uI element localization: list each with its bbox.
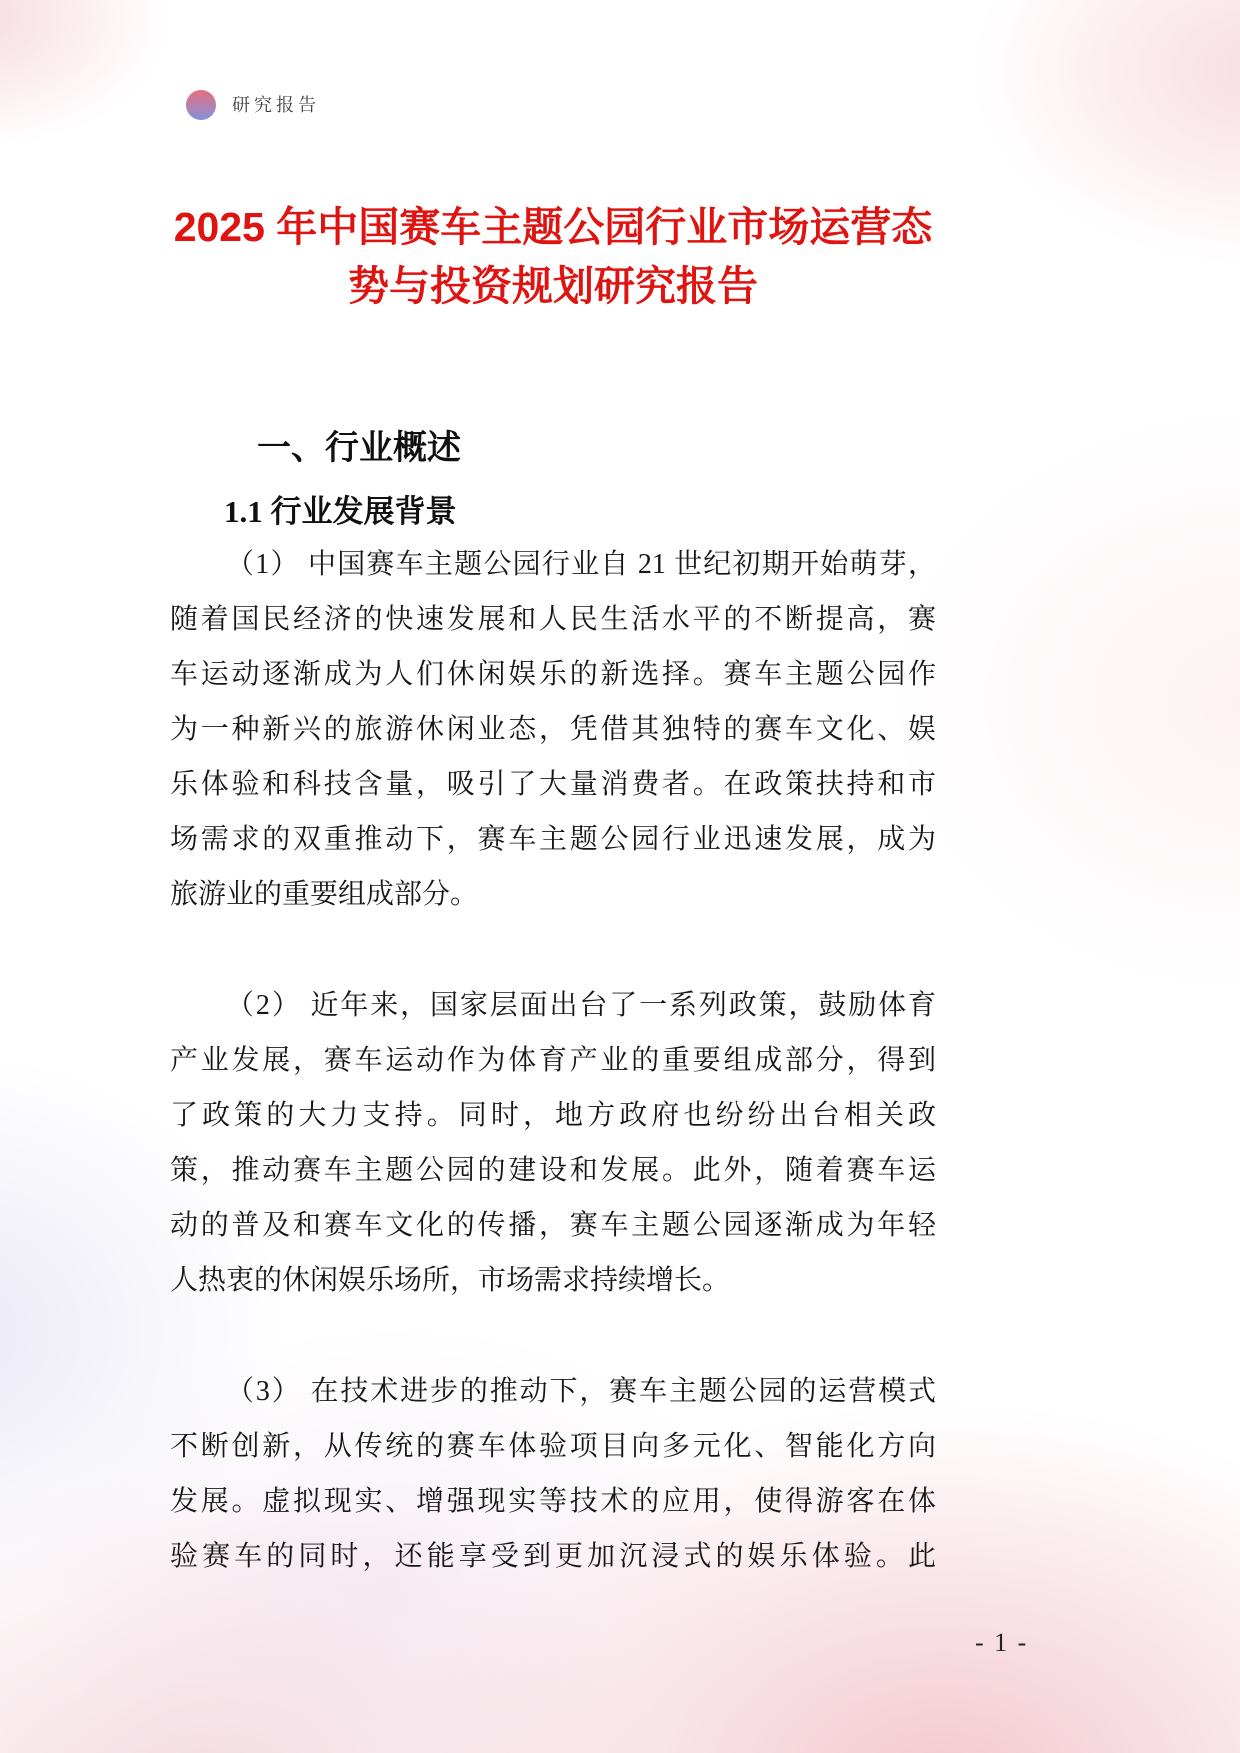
paragraph-1-line-7: 旅游业的重要组成部分。 xyxy=(170,867,936,922)
paragraph-1-line-2: 随着国民经济的快速发展和人民生活水平的不断提高，赛 xyxy=(170,592,936,647)
paragraph-1-line-5: 乐体验和科技含量，吸引了大量消费者。在政策扶持和市 xyxy=(170,757,936,812)
section-heading: 一、行业概述 xyxy=(257,420,461,469)
paragraph-2-line-2: 产业发展，赛车运动作为体育产业的重要组成部分，得到 xyxy=(170,1033,936,1088)
paragraph-3-line-3: 发展。虚拟现实、增强现实等技术的应用，使得游客在体 xyxy=(170,1474,936,1529)
paragraph-1-line-3: 车运动逐渐成为人们休闲娱乐的新选择。赛车主题公园作 xyxy=(170,647,936,702)
report-title: 2025 年中国赛车主题公园行业市场运营态 势与投资规划研究报告 xyxy=(170,198,936,316)
paragraph-3: （3） 在技术进步的推动下，赛车主题公园的运营模式不断创新，从传统的赛车体验项目… xyxy=(170,1364,936,1584)
body-paragraphs: （1） 中国赛车主题公园行业自 21 世纪初期开始萌芽，随着国民经济的快速发展和… xyxy=(170,537,936,1584)
paragraph-1-line-4: 为一种新兴的旅游休闲业态，凭借其独特的赛车文化、娱 xyxy=(170,702,936,757)
page-number: - 1 - xyxy=(975,1628,1028,1658)
paragraph-3-line-4: 验赛车的同时，还能享受到更加沉浸式的娱乐体验。此 xyxy=(170,1529,936,1584)
paragraph-2-line-3: 了政策的大力支持。同时，地方政府也纷纷出台相关政 xyxy=(170,1088,936,1143)
paragraph-3-line-1: （3） 在技术进步的推动下，赛车主题公园的运营模式 xyxy=(170,1364,936,1419)
subsection-heading: 1.1 行业发展背景 xyxy=(224,486,457,531)
brand-logo-icon xyxy=(186,90,216,120)
paragraph-3-line-2: 不断创新，从传统的赛车体验项目向多元化、智能化方向 xyxy=(170,1419,936,1474)
paragraph-2-line-1: （2） 近年来，国家层面出台了一系列政策，鼓励体育 xyxy=(170,978,936,1033)
paragraph-2-line-4: 策，推动赛车主题公园的建设和发展。此外，随着赛车运 xyxy=(170,1143,936,1198)
brand-label: 研究报告 xyxy=(232,90,320,120)
paragraph-2: （2） 近年来，国家层面出台了一系列政策，鼓励体育产业发展，赛车运动作为体育产业… xyxy=(170,978,936,1308)
paragraph-2-line-6: 人热衷的休闲娱乐场所，市场需求持续增长。 xyxy=(170,1253,936,1308)
report-title-line1: 2025 年中国赛车主题公园行业市场运营态 xyxy=(170,198,936,257)
paragraph-1-line-6: 场需求的双重推动下，赛车主题公园行业迅速发展，成为 xyxy=(170,812,936,867)
paragraph-1: （1） 中国赛车主题公园行业自 21 世纪初期开始萌芽，随着国民经济的快速发展和… xyxy=(170,537,936,922)
paragraph-2-line-5: 动的普及和赛车文化的传播，赛车主题公园逐渐成为年轻 xyxy=(170,1198,936,1253)
report-title-line2: 势与投资规划研究报告 xyxy=(170,257,936,316)
document-page: 研究报告 2025 年中国赛车主题公园行业市场运营态 势与投资规划研究报告 一、… xyxy=(0,0,1240,1753)
paragraph-1-line-1: （1） 中国赛车主题公园行业自 21 世纪初期开始萌芽， xyxy=(170,537,936,592)
